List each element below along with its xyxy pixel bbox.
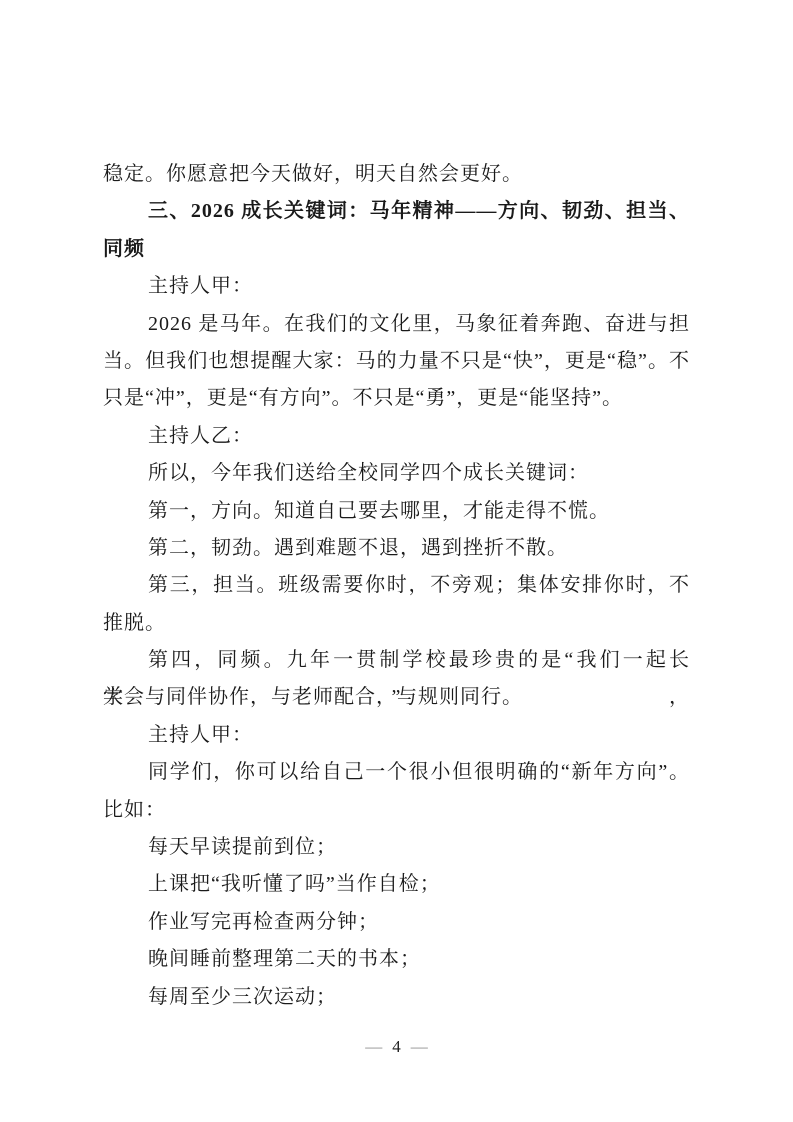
page-number: 4 [392,1037,401,1056]
para-keyword-4-sync: 第四，同频。九年一贯制学校最珍贵的是“我们一起长大”，学会与同伴协作，与老师配合… [103,642,690,717]
speaker-label-host-a-2: 主持人甲： [103,717,690,754]
text-line: 三、2026 成长关键词：马年精神——方向、韧劲、担当、 [103,193,690,230]
footer-dash-left: — [365,1037,382,1056]
text-line: 所以，今年我们送给全校同学四个成长关键词： [103,455,690,492]
para-keyword-2-tenacity: 第二，韧劲。遇到难题不退，遇到挫折不散。 [103,530,690,567]
para-example-morning-reading: 每天早读提前到位； [103,829,690,866]
para-example-pack-books: 晚间睡前整理第二天的书本； [103,941,690,978]
para-continuation: 稳定。你愿意把今天做好，明天自然会更好。 [103,156,690,193]
section-heading: 三、2026 成长关键词：马年精神——方向、韧劲、担当、同频 [103,193,690,268]
text-line: 每天早读提前到位； [103,829,690,866]
speaker-label-host-a-1: 主持人甲： [103,268,690,305]
text-line: 主持人甲： [103,268,690,305]
text-line: 稳定。你愿意把今天做好，明天自然会更好。 [103,156,690,193]
para-example-self-check: 上课把“我听懂了吗”当作自检； [103,866,690,903]
page-footer: —4— [0,1034,793,1060]
text-line: 2026 是马年。在我们的文化里，马象征着奔跑、奋进与担 [103,306,690,343]
footer-dash-right: — [411,1037,428,1056]
document-body: 稳定。你愿意把今天做好，明天自然会更好。三、2026 成长关键词：马年精神——方… [103,156,690,1016]
text-line: 第一，方向。知道自己要去哪里，才能走得不慌。 [103,493,690,530]
text-line: 第四，同频。九年一贯制学校最珍贵的是“我们一起长大”， [103,642,690,679]
text-line: 每周至少三次运动； [103,979,690,1016]
speaker-label-host-b: 主持人乙： [103,418,690,455]
text-line: 第三，担当。班级需要你时，不旁观；集体安排你时，不 [103,567,690,604]
para-example-homework-check: 作业写完再检查两分钟； [103,904,690,941]
text-line: 主持人乙： [103,418,690,455]
text-line: 第二，韧劲。遇到难题不退，遇到挫折不散。 [103,530,690,567]
para-horse-year: 2026 是马年。在我们的文化里，马象征着奔跑、奋进与担当。但我们也想提醒大家：… [103,306,690,418]
text-line: 推脱。 [103,605,690,642]
para-keyword-3-responsibility: 第三，担当。班级需要你时，不旁观；集体安排你时，不推脱。 [103,567,690,642]
para-example-exercise: 每周至少三次运动； [103,979,690,1016]
text-line: 只是“冲”，更是“有方向”。不只是“勇”，更是“能坚持”。 [103,380,690,417]
document-page: 稳定。你愿意把今天做好，明天自然会更好。三、2026 成长关键词：马年精神——方… [0,0,793,1122]
text-line: 当。但我们也想提醒大家：马的力量不只是“快”，更是“稳”。不 [103,343,690,380]
para-keyword-1-direction: 第一，方向。知道自己要去哪里，才能走得不慌。 [103,493,690,530]
para-four-keywords-intro: 所以，今年我们送给全校同学四个成长关键词： [103,455,690,492]
text-line: 上课把“我听懂了吗”当作自检； [103,866,690,903]
text-line: 比如： [103,792,690,829]
text-line: 主持人甲： [103,717,690,754]
text-line: 同频 [103,231,690,268]
para-new-year-direction: 同学们，你可以给自己一个很小但很明确的“新年方向”。比如： [103,754,690,829]
text-line: 同学们，你可以给自己一个很小但很明确的“新年方向”。 [103,754,690,791]
text-line: 晚间睡前整理第二天的书本； [103,941,690,978]
text-line: 作业写完再检查两分钟； [103,904,690,941]
